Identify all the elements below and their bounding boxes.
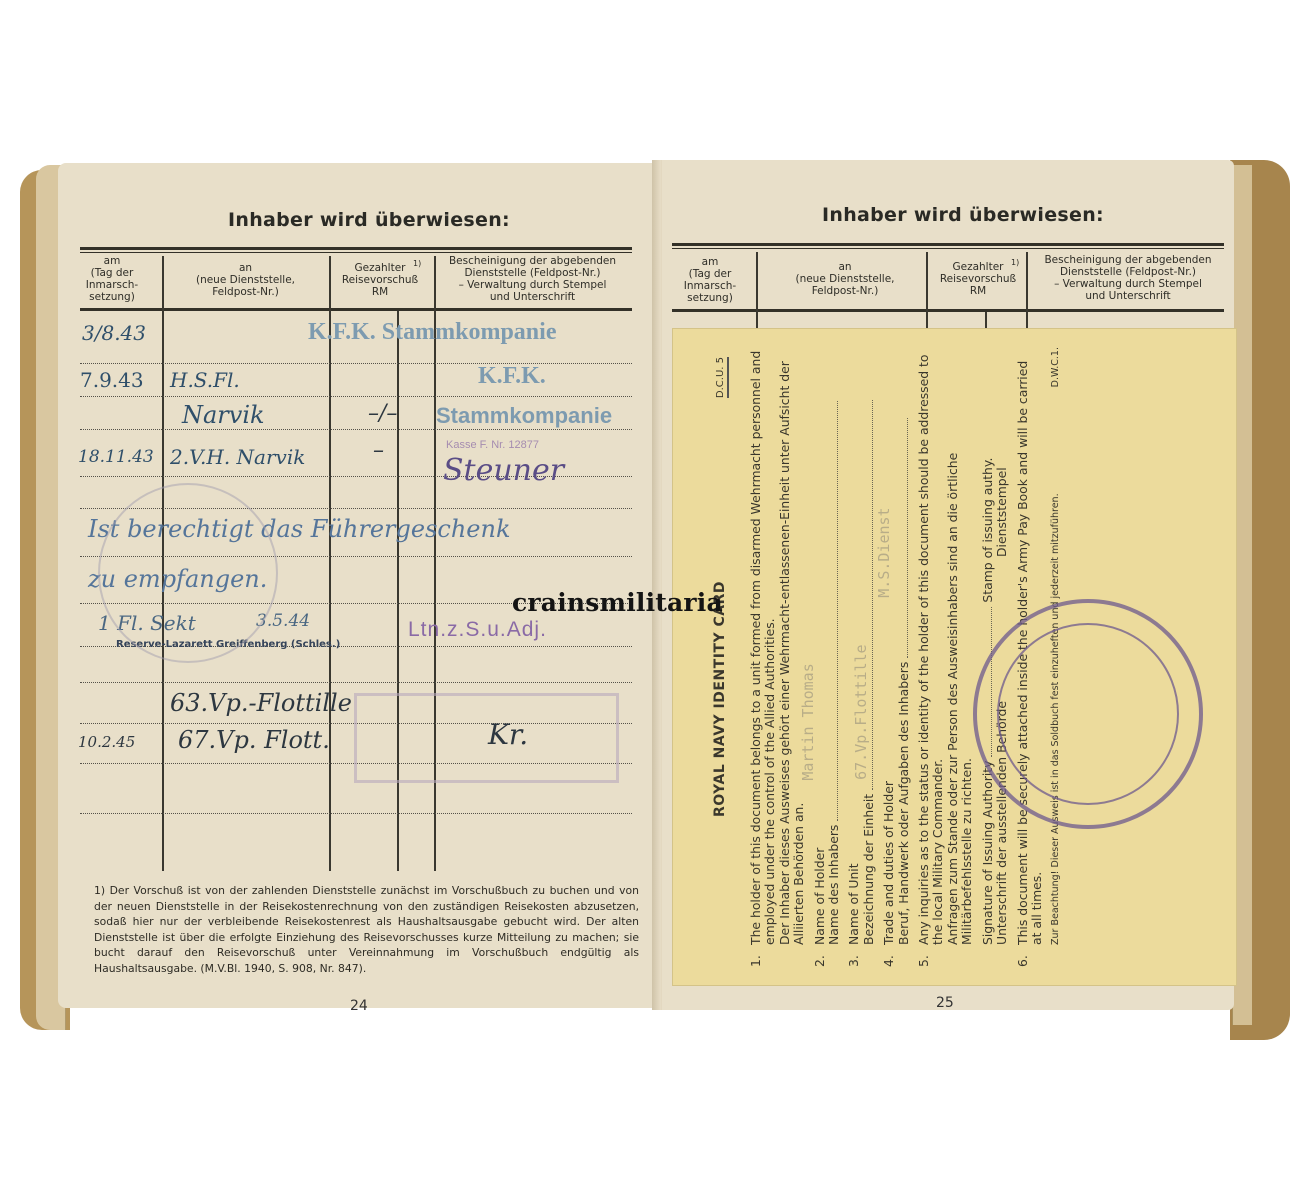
entry-amount: –/– (368, 401, 397, 426)
holder-name-field: Martin Thomas (827, 401, 838, 821)
trade-value: M.S.Dienst (877, 507, 891, 597)
stamp-label-de: Dienststempel (994, 467, 1009, 557)
royal-navy-identity-card: ROYAL NAVY IDENTITY CARD D.C.U. 5 1. The… (672, 328, 1237, 986)
column-header-unit: an (neue Dienststelle, Feldpost-Nr.) (760, 261, 930, 297)
entry-date: 18.11.43 (78, 447, 154, 467)
page-title: Inhaber wird überwiesen: (228, 209, 510, 231)
card-code: D.C.U. 5 (715, 357, 729, 398)
column-header-date: am (Tag der Inmarsch- setzung) (670, 256, 750, 304)
item-number: 2. (813, 945, 842, 967)
trade-field: M.S.Dienst (897, 418, 908, 658)
round-stamp-faded (98, 483, 278, 663)
signature: Steuner (443, 453, 564, 488)
page-number: 25 (936, 995, 954, 1011)
row-line (80, 396, 632, 397)
page-title: Inhaber wird überwiesen: (822, 204, 1104, 226)
page-number: 24 (350, 998, 368, 1014)
row-line (80, 813, 632, 814)
item-text-de: Beruf, Handwerk oder Aufgaben des Inhabe… (896, 662, 911, 945)
column-header-certification: Bescheinigung der abgebenden Dienststell… (1028, 254, 1228, 302)
item-text-en: Name of Holder (812, 848, 827, 945)
unit-name-field: 67.Vp.Flottille (862, 400, 873, 790)
header-rule-bottom (672, 309, 1224, 312)
page-24: Inhaber wird überwiesen: am (Tag der Inm… (58, 163, 658, 1008)
header-rule-top-thin (80, 252, 632, 253)
stamp-stammkompanie: Stammkompanie (436, 403, 612, 429)
item-text-de: Anfragen zum Stande oder zur Person des … (945, 453, 974, 945)
item-number: 1. (749, 945, 807, 967)
round-stamp-inner (997, 623, 1179, 805)
column-divider (926, 252, 928, 332)
item-number: 3. (847, 945, 876, 967)
card-item-5: 5. Any inquiries as to the status or ide… (917, 347, 975, 967)
entry-unit: 2.V.H. Narvik (170, 445, 305, 469)
entry-unit: 63.Vp.-Flottille (170, 689, 352, 717)
unit-name-value: 67.Vp.Flottille (854, 644, 868, 779)
header-rule-top (672, 243, 1224, 246)
entry-date: 3/8.43 (82, 321, 146, 345)
stamp-kfk-2: K.F.K. (478, 363, 546, 390)
footnote-mark: 1) (413, 258, 421, 270)
stamp-box-faded (354, 693, 619, 783)
item-text-en: The holder of this document belongs to a… (748, 351, 777, 945)
column-divider (329, 256, 331, 871)
column-header-date: am (Tag der Inmarsch- setzung) (76, 255, 148, 303)
row-line (80, 682, 632, 683)
signature: Kr. (488, 718, 528, 751)
footnote: 1) Der Vorschuß ist von der zahlenden Di… (94, 883, 639, 976)
stamp-adjutant: Ltn.z.S.u.Adj. (408, 618, 547, 642)
entry-unit: 67.Vp. Flott. (178, 726, 330, 754)
item-text-de: Der Inhaber dieses Ausweises gehört eine… (777, 361, 806, 945)
item-number: 4. (882, 945, 911, 967)
item-number: 6. (1016, 945, 1045, 967)
row-line (80, 363, 632, 364)
row-line (80, 429, 632, 430)
entry-date: 10.2.45 (78, 733, 135, 751)
item-text-en: Name of Unit (846, 863, 861, 945)
footnote-mark: 1) (1011, 257, 1019, 269)
item-text-de: Bezeichnung der Einheit (861, 794, 876, 945)
header-rule-top (80, 247, 632, 250)
column-divider (756, 252, 758, 332)
footer-code: D.W.C.1. (1050, 347, 1061, 387)
stamp-label-en: Stamp of issuing authy. (980, 458, 995, 603)
item-number: 5. (917, 945, 975, 967)
card-item-2: 2. Name of Holder Name des Inhabers Mart… (813, 347, 842, 967)
column-divider (1026, 252, 1028, 332)
column-header-unit: an (neue Dienststelle, Feldpost-Nr.) (163, 262, 328, 298)
column-header-certification: Bescheinigung der abgebenden Dienststell… (430, 255, 635, 303)
stamp-kasse: Kasse F. Nr. 12877 (446, 439, 539, 451)
entry-unit: Narvik (182, 401, 265, 429)
watermark: crainsmilitaria (512, 588, 723, 617)
entry-unit: H.S.Fl. (170, 368, 240, 392)
item-text-en: Any inquiries as to the status or identi… (916, 355, 945, 946)
item-text-en: Trade and duties of Holder (881, 781, 896, 945)
entry-amount: – (373, 438, 384, 463)
card-item-1: 1. The holder of this document belongs t… (749, 347, 807, 967)
signature-label-en: Signature of Issuing Authority (980, 761, 995, 945)
stamp-kfk: K.F.K. Stammkompanie (308, 319, 556, 346)
header-rule-top-thin (672, 248, 1224, 249)
holder-name-value: Martin Thomas (801, 663, 815, 780)
entry-date: 7.9.43 (80, 368, 144, 392)
card-item-4: 4. Trade and duties of Holder Beruf, Han… (882, 347, 911, 967)
card-item-3: 3. Name of Unit Bezeichnung der Einheit … (847, 347, 876, 967)
column-divider (397, 311, 399, 871)
item-text-de: Name des Inhabers (826, 825, 841, 945)
